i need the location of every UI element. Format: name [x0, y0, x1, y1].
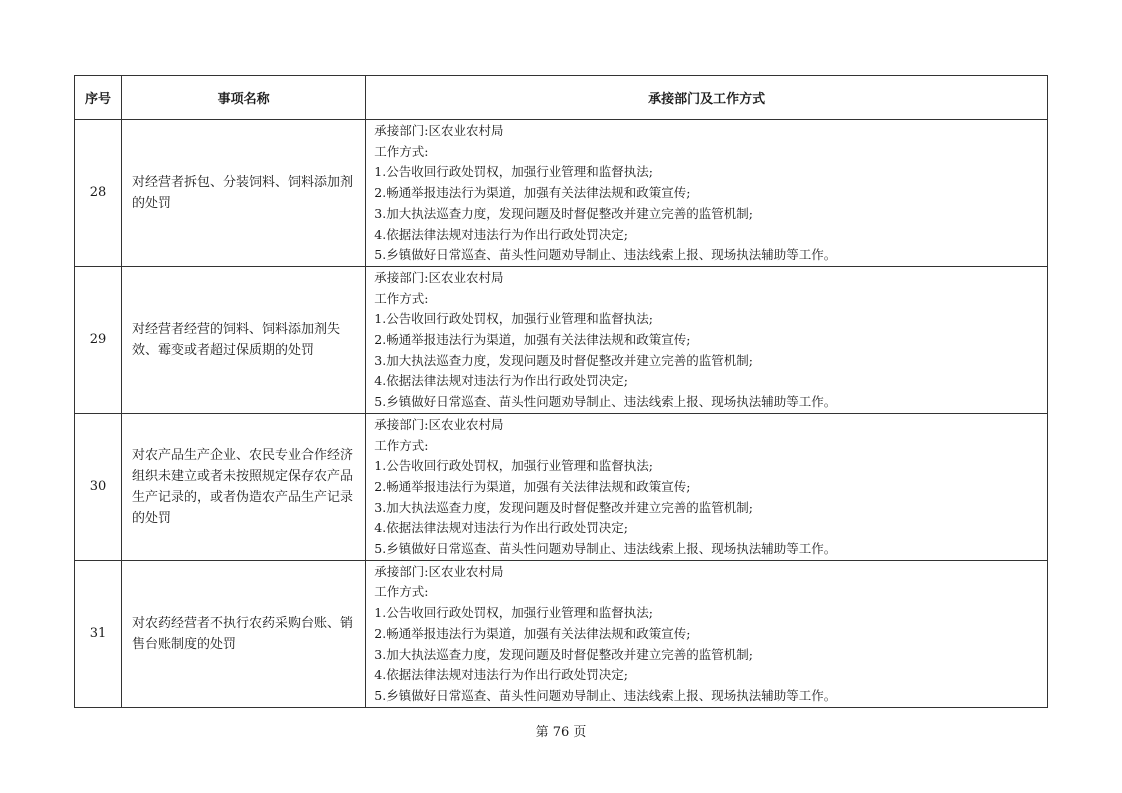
dept-line: 2.畅通举报违法行为渠道，加强有关法律法规和政策宣传; [374, 624, 1041, 645]
item-name: 对经营者经营的饲料、饲料添加剂失效、霉变或者超过保质期的处罚 [122, 266, 366, 413]
dept-line: 承接部门:区农业农村局 [374, 562, 1041, 583]
dept-line: 承接部门:区农业农村局 [374, 268, 1041, 289]
dept-line: 4.依据法律法规对违法行为作出行政处罚决定; [374, 665, 1041, 686]
dept-line: 3.加大执法巡查力度，发现问题及时督促整改并建立完善的监管机制; [374, 204, 1041, 225]
dept-line: 2.畅通举报违法行为渠道，加强有关法律法规和政策宣传; [374, 183, 1041, 204]
dept-line: 工作方式: [374, 289, 1041, 310]
dept-line: 5.乡镇做好日常巡查、苗头性问题劝导制止、违法线索上报、现场执法辅助等工作。 [374, 245, 1041, 266]
dept-line: 5.乡镇做好日常巡查、苗头性问题劝导制止、违法线索上报、现场执法辅助等工作。 [374, 539, 1041, 560]
dept-line: 工作方式: [374, 436, 1041, 457]
dept-line: 3.加大执法巡查力度，发现问题及时督促整改并建立完善的监管机制; [374, 498, 1041, 519]
table-row: 28 对经营者拆包、分装饲料、饲料添加剂的处罚 承接部门:区农业农村局 工作方式… [75, 120, 1048, 267]
dept-line: 1.公告收回行政处罚权，加强行业管理和监督执法; [374, 603, 1041, 624]
dept-line: 1.公告收回行政处罚权，加强行业管理和监督执法; [374, 162, 1041, 183]
dept-line: 5.乡镇做好日常巡查、苗头性问题劝导制止、违法线索上报、现场执法辅助等工作。 [374, 392, 1041, 413]
dept-line: 工作方式: [374, 142, 1041, 163]
page-number: 第 76 页 [0, 721, 1122, 740]
items-table: 序号 事项名称 承接部门及工作方式 28 对经营者拆包、分装饲料、饲料添加剂的处… [74, 75, 1048, 708]
table-row: 29 对经营者经营的饲料、饲料添加剂失效、霉变或者超过保质期的处罚 承接部门:区… [75, 266, 1048, 413]
dept-line: 1.公告收回行政处罚权，加强行业管理和监督执法; [374, 309, 1041, 330]
header-name: 事项名称 [122, 76, 366, 120]
dept-method: 承接部门:区农业农村局 工作方式: 1.公告收回行政处罚权，加强行业管理和监督执… [366, 560, 1048, 707]
table-row: 31 对农药经营者不执行农药采购台账、销售台账制度的处罚 承接部门:区农业农村局… [75, 560, 1048, 707]
dept-line: 5.乡镇做好日常巡查、苗头性问题劝导制止、违法线索上报、现场执法辅助等工作。 [374, 686, 1041, 707]
dept-method: 承接部门:区农业农村局 工作方式: 1.公告收回行政处罚权，加强行业管理和监督执… [366, 413, 1048, 560]
dept-line: 承接部门:区农业农村局 [374, 121, 1041, 142]
row-number: 30 [75, 413, 122, 560]
item-name: 对农药经营者不执行农药采购台账、销售台账制度的处罚 [122, 560, 366, 707]
dept-line: 3.加大执法巡查力度，发现问题及时督促整改并建立完善的监管机制; [374, 645, 1041, 666]
dept-line: 2.畅通举报违法行为渠道，加强有关法律法规和政策宣传; [374, 330, 1041, 351]
item-name: 对农产品生产企业、农民专业合作经济组织未建立或者未按照规定保存农产品生产记录的，… [122, 413, 366, 560]
table-header-row: 序号 事项名称 承接部门及工作方式 [75, 76, 1048, 120]
row-number: 29 [75, 266, 122, 413]
dept-line: 承接部门:区农业农村局 [374, 415, 1041, 436]
row-number: 28 [75, 120, 122, 267]
dept-method: 承接部门:区农业农村局 工作方式: 1.公告收回行政处罚权，加强行业管理和监督执… [366, 120, 1048, 267]
dept-method: 承接部门:区农业农村局 工作方式: 1.公告收回行政处罚权，加强行业管理和监督执… [366, 266, 1048, 413]
dept-line: 4.依据法律法规对违法行为作出行政处罚决定; [374, 518, 1041, 539]
dept-line: 1.公告收回行政处罚权，加强行业管理和监督执法; [374, 456, 1041, 477]
table-row: 30 对农产品生产企业、农民专业合作经济组织未建立或者未按照规定保存农产品生产记… [75, 413, 1048, 560]
header-no: 序号 [75, 76, 122, 120]
header-dept: 承接部门及工作方式 [366, 76, 1048, 120]
dept-line: 2.畅通举报违法行为渠道，加强有关法律法规和政策宣传; [374, 477, 1041, 498]
row-number: 31 [75, 560, 122, 707]
dept-line: 工作方式: [374, 582, 1041, 603]
dept-line: 4.依据法律法规对违法行为作出行政处罚决定; [374, 225, 1041, 246]
item-name: 对经营者拆包、分装饲料、饲料添加剂的处罚 [122, 120, 366, 267]
dept-line: 3.加大执法巡查力度，发现问题及时督促整改并建立完善的监管机制; [374, 351, 1041, 372]
dept-line: 4.依据法律法规对违法行为作出行政处罚决定; [374, 371, 1041, 392]
